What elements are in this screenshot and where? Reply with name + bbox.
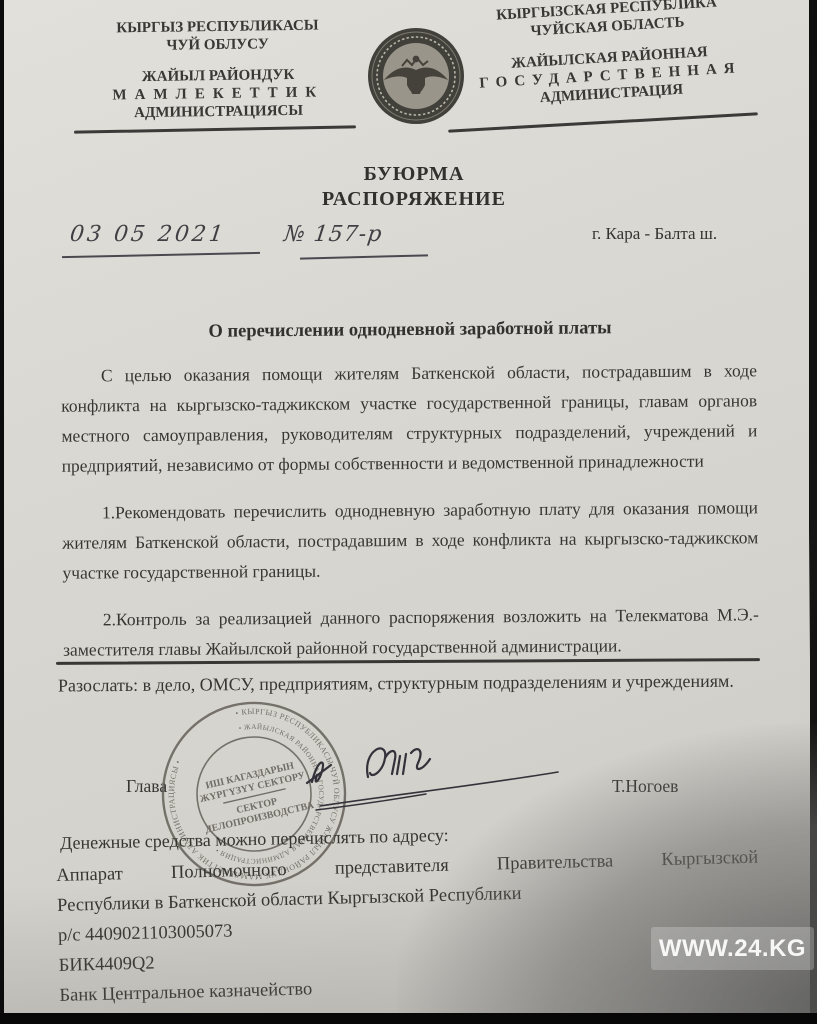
news-site-watermark: WWW.24.KG [651,927,814,970]
photo-edge-right [809,0,817,660]
handwritten-date: 03 05 2021 [70,221,226,247]
distribution-line: Разослать: в дело, ОМСУ, предприятиям, с… [58,665,758,703]
header-right-russian: КЫРГЫЗСКАЯ РЕСПУБЛИКА ЧУЙСКАЯ ОБЛАСТЬ ЖА… [445,0,773,112]
place-line: г. Кара - Балта ш. [592,224,717,244]
doc-type-russian: РАСПОРЯЖЕНИЕ [244,187,584,212]
signer-name: Т.Ногоев [612,776,678,797]
document-photo: КЫРГЫЗ РЕСПУБЛИКАСЫ ЧУЙ ОБЛУСУ ЖАЙЫЛ РАЙ… [0,0,817,1024]
header-left-kyrgyz: КЫРГЫЗ РЕСПУБЛИКАСЫ ЧУЙ ОБЛУСУ ЖАЙЫЛ РАЙ… [71,16,364,123]
doc-type-kyrgyz: БУЮРМА [244,162,584,187]
handwritten-number: № 157-р [284,221,382,247]
document-type-title: БУЮРМА РАСПОРЯЖЕНИЕ [244,162,584,212]
photo-bottom-bar [0,1013,817,1024]
paragraph-item-1: 1.Рекомендовать перечислить однодневную … [62,492,759,587]
document-body: С целью оказания помощи жителям Баткенск… [61,355,759,664]
paragraph-item-2: 2.Контроль за реализацией данного распор… [63,599,759,664]
handwritten-signature [290,730,580,825]
paragraph-preamble: С целью оказания помощи жителям Баткенск… [61,355,758,480]
photo-edge-left [0,0,4,1024]
